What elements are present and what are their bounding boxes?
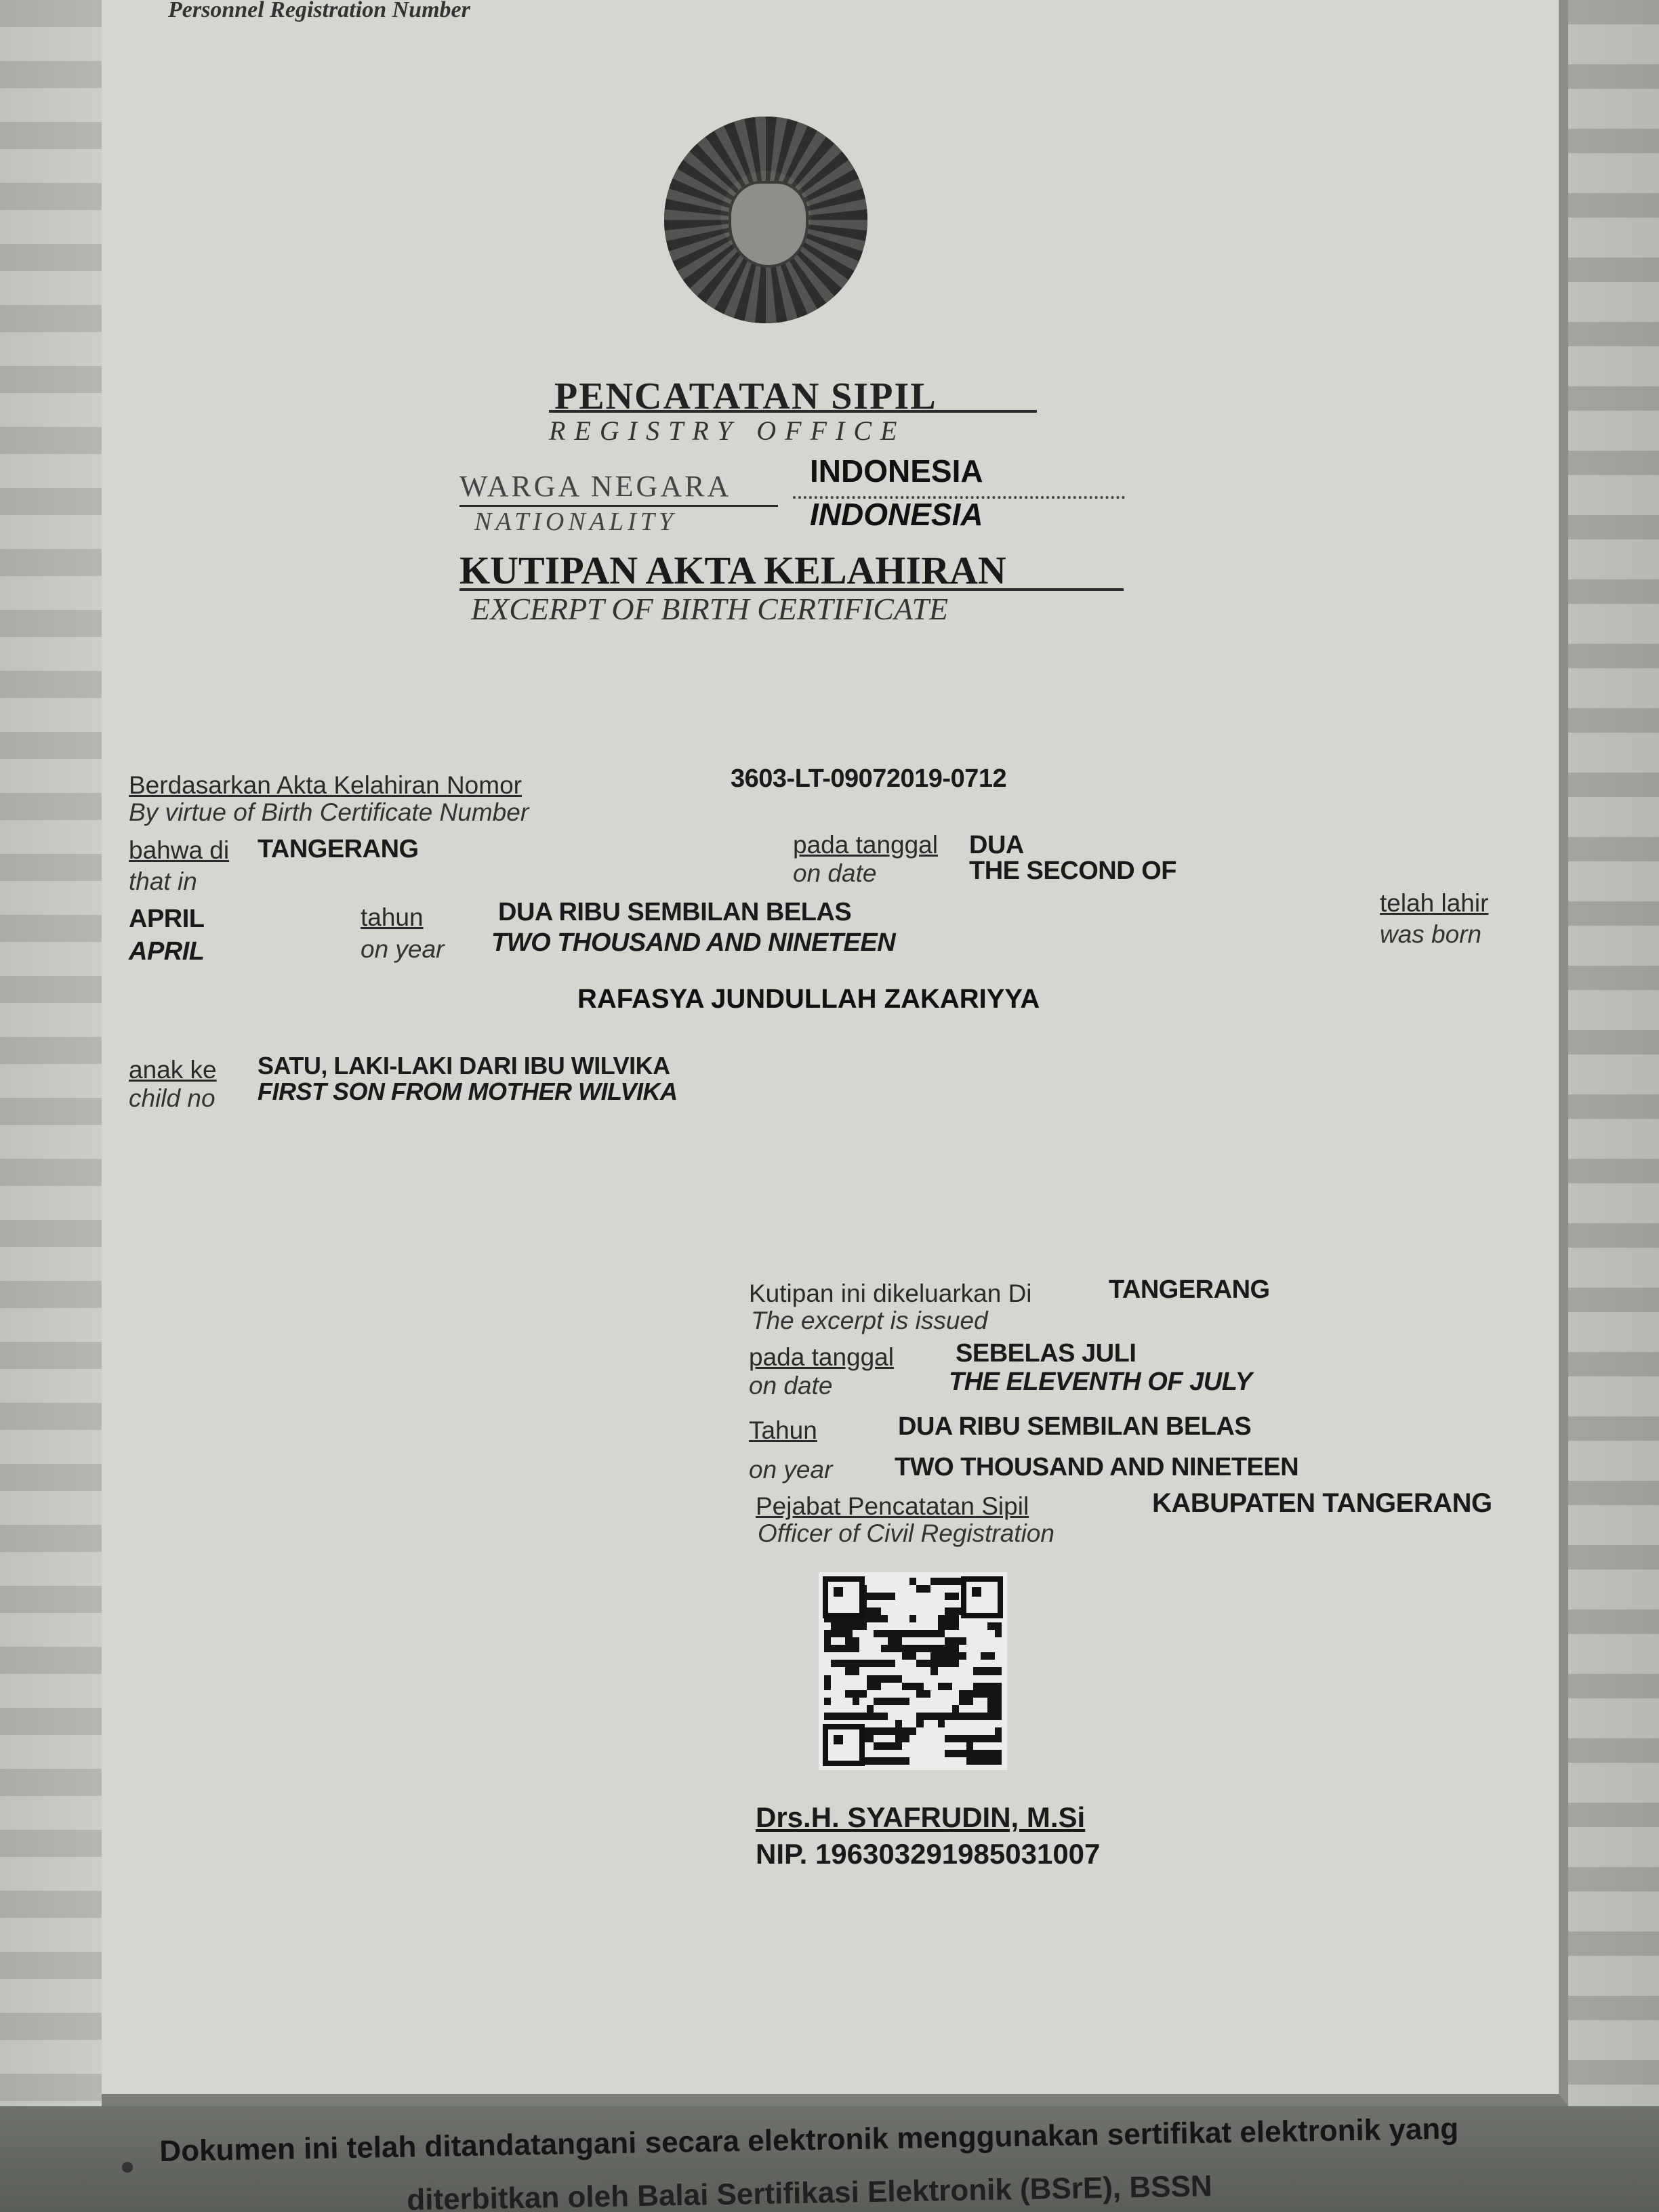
signatory-name: Drs.H. SYAFRUDIN, M.Si bbox=[756, 1801, 1085, 1834]
personnel-registration-label: Personnel Registration Number bbox=[168, 0, 470, 23]
born-label-en: was born bbox=[1380, 920, 1481, 949]
cert-number-label-id: Berdasarkan Akta Kelahiran Nomor bbox=[129, 771, 522, 800]
qr-finder-top-right bbox=[961, 1576, 1003, 1618]
child-name: RAFASYA JUNDULLAH ZAKARIYYA bbox=[577, 984, 1040, 1015]
issued-year-label-id: Tahun bbox=[749, 1416, 817, 1445]
garuda-emblem-icon bbox=[664, 117, 867, 323]
birth-date-value-id: DUA bbox=[969, 831, 1024, 860]
child-no-value-en: FIRST SON FROM MOTHER WILVIKA bbox=[258, 1078, 677, 1106]
qr-finder-bottom-left bbox=[823, 1724, 865, 1766]
issued-date-label-en: on date bbox=[749, 1372, 832, 1400]
born-label-id: telah lahir bbox=[1380, 889, 1488, 918]
decorative-border-left bbox=[0, 0, 102, 2135]
child-no-value-id: SATU, LAKI-LAKI DARI IBU WILVIKA bbox=[258, 1052, 670, 1080]
issued-year-value-id: DUA RIBU SEMBILAN BELAS bbox=[898, 1412, 1251, 1441]
officer-label-en: Officer of Civil Registration bbox=[758, 1519, 1054, 1548]
footer-bullet-icon bbox=[122, 2162, 133, 2173]
issued-label-id: Kutipan ini dikeluarkan Di bbox=[749, 1279, 1032, 1308]
issued-year-value-en: TWO THOUSAND AND NINETEEN bbox=[895, 1453, 1298, 1482]
birth-year-label-en: on year bbox=[361, 935, 444, 964]
birth-month-en: APRIL bbox=[129, 937, 205, 966]
issued-date-label-id: pada tanggal bbox=[749, 1343, 894, 1372]
birth-date-label-id: pada tanggal bbox=[793, 831, 938, 859]
officer-label-id: Pejabat Pencatatan Sipil bbox=[756, 1492, 1029, 1521]
issued-date-value-en: THE ELEVENTH OF JULY bbox=[949, 1368, 1252, 1397]
nationality-label-id: WARGA NEGARA bbox=[459, 469, 731, 504]
birth-place-value: TANGERANG bbox=[258, 835, 419, 864]
office-title-rule bbox=[549, 410, 1037, 413]
birth-place-label-en: that in bbox=[129, 867, 197, 896]
cert-number-value: 3603-LT-09072019-0712 bbox=[731, 764, 1006, 794]
issued-label-en: The excerpt is issued bbox=[751, 1307, 988, 1335]
officer-region-value: KABUPATEN TANGERANG bbox=[1152, 1488, 1492, 1519]
birth-year-value-en: TWO THOUSAND AND NINETEEN bbox=[491, 928, 895, 958]
issued-date-value-id: SEBELAS JULI bbox=[956, 1339, 1136, 1368]
signatory-nip: NIP. 196303291985031007 bbox=[756, 1838, 1100, 1870]
birth-year-value-id: DUA RIBU SEMBILAN BELAS bbox=[498, 898, 851, 927]
issued-year-label-en: on year bbox=[749, 1456, 832, 1484]
document-title-id: KUTIPAN AKTA KELAHIRAN bbox=[459, 548, 1006, 593]
issued-place-value: TANGERANG bbox=[1109, 1275, 1270, 1305]
birth-year-label-id: tahun bbox=[361, 903, 424, 932]
document-title-en: EXCERPT OF BIRTH CERTIFICATE bbox=[471, 591, 948, 627]
birth-place-label-id: bahwa di bbox=[129, 836, 229, 865]
qr-code-icon bbox=[819, 1572, 1007, 1770]
qr-finder-top-left bbox=[823, 1576, 865, 1618]
birth-month-id: APRIL bbox=[129, 905, 205, 934]
garuda-bird-icon bbox=[729, 181, 808, 268]
nationality-value-en: INDONESIA bbox=[810, 496, 983, 533]
nationality-label-en: NATIONALITY bbox=[474, 507, 677, 537]
cert-number-label-en: By virtue of Birth Certificate Number bbox=[129, 798, 529, 827]
nationality-value-id: INDONESIA bbox=[810, 453, 983, 489]
office-title-en: REGISTRY OFFICE bbox=[549, 415, 905, 447]
birth-date-value-en: THE SECOND OF bbox=[969, 857, 1176, 886]
birth-date-label-en: on date bbox=[793, 859, 876, 888]
child-no-label-en: child no bbox=[129, 1084, 216, 1113]
child-no-label-id: anak ke bbox=[129, 1056, 217, 1084]
